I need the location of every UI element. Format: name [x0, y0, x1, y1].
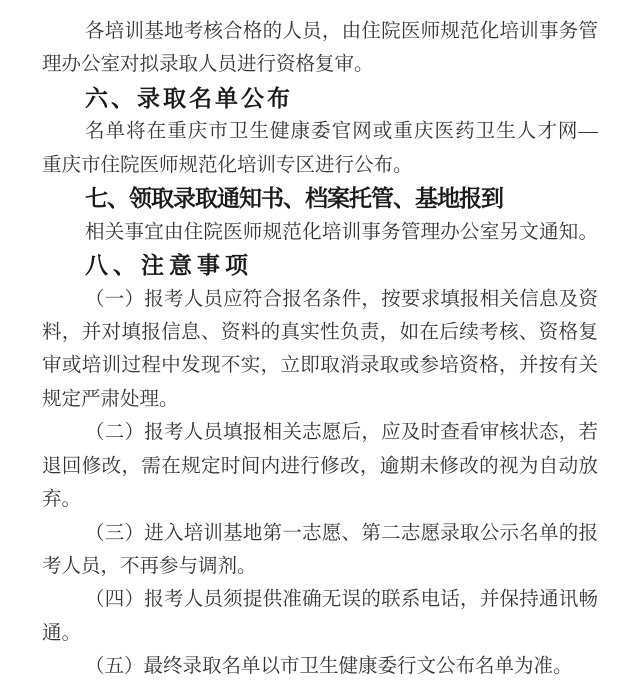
- section-heading-six: 六、录取名单公布: [42, 82, 598, 115]
- paragraph-line: 通。: [42, 617, 598, 650]
- section-heading-seven: 七、领取录取通知书、档案托管、基地报到: [42, 182, 598, 215]
- paragraph-line: 规定严肃处理。: [42, 383, 598, 416]
- paragraph-line: 料，并对填报信息、资料的真实性负责，如在后续考核、资格复: [42, 316, 598, 349]
- paragraph-line: 退回修改，需在规定时间内进行修改，逾期未修改的视为自动放: [42, 450, 598, 483]
- paragraph-line: 重庆市住院医师规范化培训专区进行公布。: [42, 149, 598, 182]
- document-page: 各培训基地考核合格的人员，由住院医师规范化培训事务管 理办公室对拟录取人员进行资…: [0, 0, 625, 698]
- paragraph-line: 名单将在重庆市卫生健康委官网或重庆医药卫生人才网—: [42, 115, 598, 148]
- paragraph-line: （三）进入培训基地第一志愿、第二志愿录取公示名单的报: [42, 517, 598, 550]
- paragraph-line: 相关事宜由住院医师规范化培训事务管理办公室另文通知。: [42, 216, 598, 249]
- paragraph-line: 审或培训过程中发现不实，立即取消录取或参培资格，并按有关: [42, 349, 598, 382]
- paragraph-line: （五）最终录取名单以市卫生健康委行文公布名单为准。: [42, 650, 598, 683]
- paragraph-line: 各培训基地考核合格的人员，由住院医师规范化培训事务管: [42, 15, 598, 48]
- section-heading-eight: 八、注意事项: [42, 249, 598, 282]
- paragraph-line: 考人员，不再参与调剂。: [42, 550, 598, 583]
- paragraph-line: 理办公室对拟录取人员进行资格复审。: [42, 48, 598, 81]
- paragraph-line: （一）报考人员应符合报名条件，按要求填报相关信息及资: [42, 283, 598, 316]
- paragraph-line: （四）报考人员须提供准确无误的联系电话，并保持通讯畅: [42, 583, 598, 616]
- paragraph-line: （二）报考人员填报相关志愿后，应及时查看审核状态，若: [42, 416, 598, 449]
- paragraph-line: 弃。: [42, 483, 598, 516]
